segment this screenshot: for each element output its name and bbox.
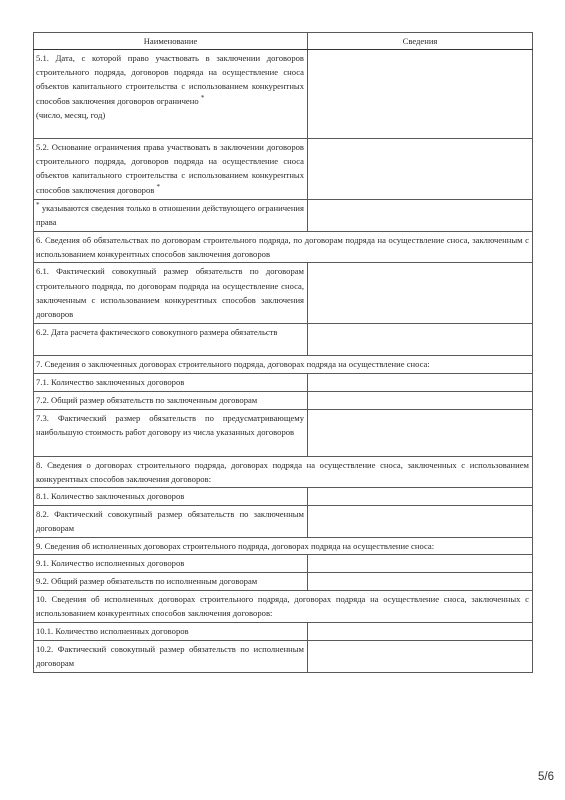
row-value[interactable] (308, 640, 533, 672)
row-label: 6.2. Дата расчета фактического совокупно… (34, 324, 308, 356)
table-row: 6.1. Фактический совокупный размер обяза… (34, 263, 533, 324)
row-value[interactable] (308, 200, 533, 232)
table-row: 8.2. Фактический совокупный размер обяза… (34, 506, 533, 538)
section-heading-8: 8. Сведения о договорах строительного по… (34, 456, 533, 487)
section-heading-9: 9. Сведения об исполненных договорах стр… (34, 538, 533, 555)
table-row: 10.1. Количество исполненных договоров (34, 622, 533, 640)
row-label: 8.1. Количество заключенных договоров (34, 488, 308, 506)
table-row: 5.2. Основание ограничения права участво… (34, 139, 533, 200)
section-row: 7. Сведения о заключенных договорах стро… (34, 356, 533, 373)
table-row-footnote: * указываются сведения только в отношени… (34, 200, 533, 232)
row-value[interactable] (308, 555, 533, 573)
table-row: 6.2. Дата расчета фактического совокупно… (34, 324, 533, 356)
footnote-mark: * (157, 183, 161, 191)
section-heading-6: 6. Сведения об обязательствах по договор… (34, 232, 533, 263)
row-label: 8.2. Фактический совокупный размер обяза… (34, 506, 308, 538)
row-label: 9.2. Общий размер обязательств по исполн… (34, 573, 308, 591)
footnote-mark: * (36, 201, 40, 209)
row-value[interactable] (308, 409, 533, 456)
row-value[interactable] (308, 50, 533, 139)
section-heading-10: 10. Сведения об исполненных договорах ст… (34, 591, 533, 622)
table-row: 8.1. Количество заключенных договоров (34, 488, 533, 506)
row-value[interactable] (308, 263, 533, 324)
page-number: 5/6 (538, 771, 554, 783)
footnote-mark: * (201, 94, 205, 102)
row-label: 6.1. Фактический совокупный размер обяза… (34, 263, 308, 324)
row-value[interactable] (308, 622, 533, 640)
row-label: 7.2. Общий размер обязательств по заключ… (34, 391, 308, 409)
row-label-text: 5.2. Основание ограничения права участво… (36, 142, 304, 195)
section-row: 9. Сведения об исполненных договорах стр… (34, 538, 533, 555)
information-table: Наименование Сведения 5.1. Дата, с котор… (33, 32, 533, 673)
section-row: 6. Сведения об обязательствах по договор… (34, 232, 533, 263)
document-page: Наименование Сведения 5.1. Дата, с котор… (33, 32, 532, 673)
row-label: 5.1. Дата, с которой право участвовать в… (34, 50, 308, 139)
section-row: 8. Сведения о договорах строительного по… (34, 456, 533, 487)
row-value[interactable] (308, 373, 533, 391)
table-row: 5.1. Дата, с которой право участвовать в… (34, 50, 533, 139)
row-value[interactable] (308, 391, 533, 409)
header-name: Наименование (34, 33, 308, 50)
row-label: 7.1. Количество заключенных договоров (34, 373, 308, 391)
table-row: 7.1. Количество заключенных договоров (34, 373, 533, 391)
row-label-text: 5.1. Дата, с которой право участвовать в… (36, 53, 304, 106)
row-label-suffix: (число, месяц, год) (36, 110, 105, 120)
row-label: 10.1. Количество исполненных договоров (34, 622, 308, 640)
row-value[interactable] (308, 324, 533, 356)
section-heading-7: 7. Сведения о заключенных договорах стро… (34, 356, 533, 373)
row-value[interactable] (308, 139, 533, 200)
footnote-label: указываются сведения только в отношении … (36, 203, 304, 227)
row-label: 9.1. Количество исполненных договоров (34, 555, 308, 573)
table-row: 10.2. Фактический совокупный размер обяз… (34, 640, 533, 672)
row-label: 7.3. Фактический размер обязательств по … (34, 409, 308, 456)
header-info: Сведения (308, 33, 533, 50)
table-row: 9.2. Общий размер обязательств по исполн… (34, 573, 533, 591)
row-label: 5.2. Основание ограничения права участво… (34, 139, 308, 200)
table-row: 9.1. Количество исполненных договоров (34, 555, 533, 573)
table-row: 7.2. Общий размер обязательств по заключ… (34, 391, 533, 409)
section-row: 10. Сведения об исполненных договорах ст… (34, 591, 533, 622)
row-value[interactable] (308, 506, 533, 538)
table-header-row: Наименование Сведения (34, 33, 533, 50)
row-value[interactable] (308, 488, 533, 506)
table-row: 7.3. Фактический размер обязательств по … (34, 409, 533, 456)
row-label: 10.2. Фактический совокупный размер обяз… (34, 640, 308, 672)
row-value[interactable] (308, 573, 533, 591)
footnote-text: * указываются сведения только в отношени… (34, 200, 308, 232)
